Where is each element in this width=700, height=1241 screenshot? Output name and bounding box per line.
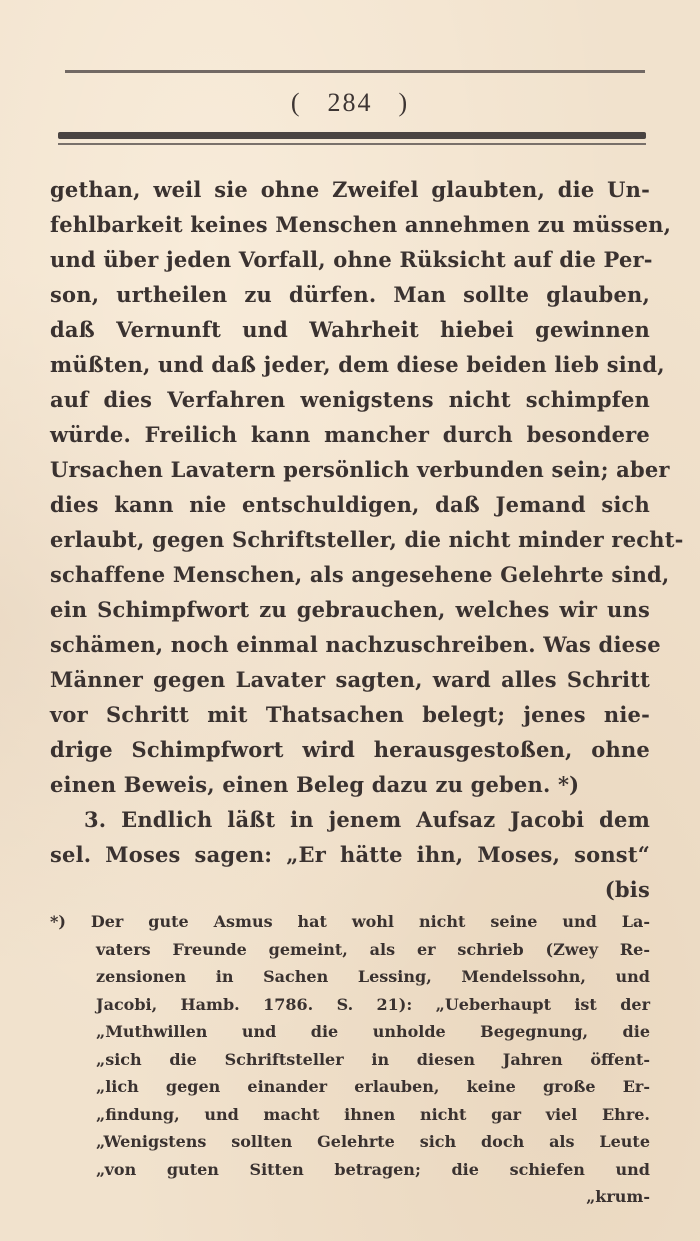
text-line: Ursachen Lavatern persönlich verbunden s…	[50, 452, 650, 487]
text-line: auf dies Verfahren wenigstens nicht schi…	[50, 382, 650, 417]
text-line: gethan, weil sie ohne Zweifel glaubten, …	[50, 172, 650, 207]
text-line: einen Beweis, einen Beleg dazu zu geben.…	[50, 767, 650, 802]
text-line: sel. Moses sagen: „Er hätte ihn, Moses, …	[50, 837, 650, 872]
catchword: (bis	[50, 872, 650, 907]
top-rule	[65, 70, 645, 73]
footnote-line: „lich gegen einander erlauben, keine gro…	[50, 1073, 650, 1101]
text-line: ein Schimpfwort zu gebrauchen, welches w…	[50, 592, 650, 627]
text-line: daß Vernunft und Wahrheit hiebei gewinne…	[50, 312, 650, 347]
header-rule-thick	[58, 132, 646, 139]
page-number-value: 284	[328, 88, 373, 117]
book-page: (284) gethan, weil sie ohne Zweifel glau…	[0, 0, 700, 1241]
text-line: Männer gegen Lavater sagten, ward alles …	[50, 662, 650, 697]
text-line: schämen, noch einmal nachzuschreiben. Wa…	[50, 627, 650, 662]
footnote: *) Der gute Asmus hat wohl nicht seine u…	[50, 908, 650, 1211]
footnote-line: „findung, und macht ihnen nicht gar viel…	[50, 1101, 650, 1129]
footnote-line: *) Der gute Asmus hat wohl nicht seine u…	[50, 908, 650, 936]
text-line: son, urtheilen zu dürfen. Man sollte gla…	[50, 277, 650, 312]
footnote-line: Jacobi, Hamb. 1786. S. 21): „Ueberhaupt …	[50, 991, 650, 1019]
text-line: vor Schritt mit Thatsachen belegt; jenes…	[50, 697, 650, 732]
footnote-line: vaters Freunde gemeint, als er schrieb (…	[50, 936, 650, 964]
text-line: dies kann nie entschuldigen, daß Jemand …	[50, 487, 650, 522]
footnote-catchword: „krum-	[50, 1183, 650, 1211]
footnote-line: „von guten Sitten betragen; die schiefen…	[50, 1156, 650, 1184]
header-rule-thin	[58, 143, 646, 145]
footnote-line: zensionen in Sachen Lessing, Mendelssohn…	[50, 963, 650, 991]
text-line: und über jeden Vorfall, ohne Rüksicht au…	[50, 242, 650, 277]
text-line: drige Schimpfwort wird herausgestoßen, o…	[50, 732, 650, 767]
footnote-line: „sich die Schriftsteller in diesen Jahre…	[50, 1046, 650, 1074]
page-number: (284)	[0, 88, 700, 118]
text-line: müßten, und daß jeder, dem diese beiden …	[50, 347, 650, 382]
text-line: erlaubt, gegen Schriftsteller, die nicht…	[50, 522, 650, 557]
text-line: würde. Freilich kann mancher durch beson…	[50, 417, 650, 452]
text-line: fehlbarkeit keines Menschen annehmen zu …	[50, 207, 650, 242]
close-paren: )	[399, 88, 410, 117]
footnote-line: „Muthwillen und die unholde Begegnung, d…	[50, 1018, 650, 1046]
text-line: schaffene Menschen, als angesehene Geleh…	[50, 557, 650, 592]
footnote-line: „Wenigstens sollten Gelehrte sich doch a…	[50, 1128, 650, 1156]
main-text: gethan, weil sie ohne Zweifel glaubten, …	[50, 172, 650, 907]
open-paren: (	[291, 88, 302, 117]
text-line-paragraph-start: 3. Endlich läßt in jenem Aufsaz Jacobi d…	[50, 802, 650, 837]
